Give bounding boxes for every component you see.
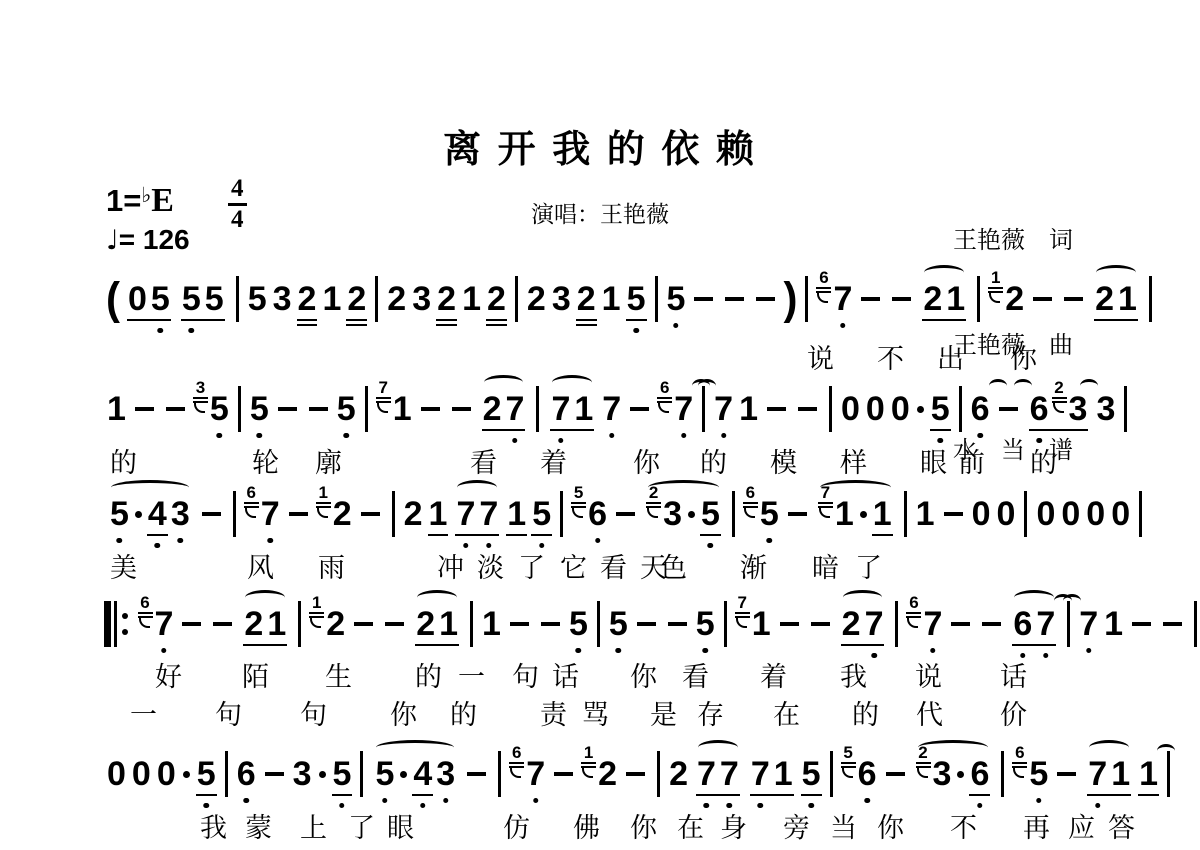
low-octave-dot — [558, 438, 564, 444]
beam-group: 05 — [126, 282, 172, 316]
duration-dash — [1057, 772, 1076, 776]
note: 5 — [802, 757, 821, 791]
beam-group: 77 — [695, 757, 741, 791]
note-digit: 7 — [865, 607, 884, 641]
low-octave-dot — [727, 803, 733, 809]
low-octave-dot — [1086, 648, 1092, 654]
grace-beam-line — [376, 397, 391, 399]
lyric-char: 话 — [1000, 664, 1027, 691]
low-octave-dot — [1036, 798, 1042, 804]
note: 1 — [1104, 607, 1123, 641]
barline — [233, 491, 236, 537]
beam-group: 235 — [645, 497, 722, 531]
note: 6 — [971, 392, 990, 426]
note-digit: 1 — [507, 497, 526, 531]
lyric-char: 答 — [1108, 815, 1135, 842]
grace-digit: 6 — [138, 594, 153, 611]
note: 35 — [210, 392, 229, 426]
eighth-beam — [576, 319, 597, 322]
lyric-char: 责 — [540, 702, 567, 729]
eighth-beam — [196, 794, 217, 797]
lyric-char: 眼 — [387, 815, 414, 842]
barline — [238, 386, 241, 432]
note: 2 — [416, 607, 435, 641]
note-digit: 5 — [337, 392, 356, 426]
note-digit: 4 — [413, 757, 432, 791]
note-digit: 5 — [760, 497, 779, 531]
low-octave-dot — [871, 653, 877, 659]
slur-arc — [918, 740, 989, 755]
note: 3 — [436, 757, 455, 791]
note-digit: 7 — [923, 607, 942, 641]
grace-hook — [310, 616, 321, 628]
beam-line — [243, 644, 287, 647]
repeat-dot — [122, 613, 128, 619]
note-digit: 2 — [326, 607, 345, 641]
lyric-char: 话 — [552, 664, 579, 691]
note: 1 — [462, 282, 481, 316]
lyric-char: 暗 — [812, 555, 839, 582]
note: 3 — [171, 497, 190, 531]
eighth-beam — [506, 534, 527, 537]
grace-beam-line — [657, 397, 672, 399]
note-digit: 1 — [462, 282, 481, 316]
beam-group: 77 — [454, 497, 500, 531]
key-signature: 1=♭E — [106, 182, 174, 220]
duration-dash — [467, 772, 486, 776]
note: 12 — [333, 497, 352, 531]
eighth-beam — [872, 534, 893, 537]
note: 6 — [1013, 607, 1032, 641]
grace-digit: 6 — [1012, 744, 1027, 761]
note: 1 — [602, 282, 621, 316]
duration-dash — [452, 407, 471, 411]
note: 1 — [574, 392, 593, 426]
note: 5 — [110, 497, 129, 531]
note: 2 — [527, 282, 546, 316]
beam-group: 543 — [108, 497, 192, 531]
grace-hook — [572, 506, 583, 518]
note: 0 — [1111, 497, 1130, 531]
lyric-char: 轮 — [252, 450, 279, 477]
grace-digit: 6 — [509, 744, 524, 761]
duration-dash — [213, 622, 232, 626]
note: 3 — [273, 282, 292, 316]
eighth-beam — [486, 319, 507, 322]
low-octave-dot — [463, 543, 469, 549]
note-digit: 5 — [205, 282, 224, 316]
eighth-beam — [700, 534, 721, 537]
note: 65 — [760, 497, 779, 531]
beam-group: 27 — [481, 392, 527, 426]
note: 7 — [1079, 607, 1098, 641]
low-octave-dot — [243, 798, 249, 804]
barline — [1149, 276, 1152, 322]
grace-note: 5 — [841, 744, 856, 761]
note-digit: 1 — [393, 392, 412, 426]
low-octave-dot — [937, 438, 943, 444]
low-octave-dot — [189, 328, 195, 334]
low-octave-dot — [673, 323, 679, 329]
lyric-char: 你 — [877, 815, 904, 842]
lyric-char: 你 — [633, 450, 660, 477]
low-octave-dot — [257, 433, 263, 439]
note: 7 — [506, 392, 525, 426]
duration-dash — [668, 622, 687, 626]
note-digit: 1 — [482, 607, 501, 641]
lyric-char: 一 — [458, 664, 485, 691]
note: 2 — [387, 282, 406, 316]
duration-dash — [780, 622, 799, 626]
grace-beam-line — [818, 502, 833, 504]
note-digit: 7 — [1088, 757, 1107, 791]
duration-dash — [767, 407, 786, 411]
duration-dash — [1064, 297, 1083, 301]
beam-line — [922, 319, 966, 322]
note: 3 — [552, 282, 571, 316]
note-digit: 1 — [946, 282, 965, 316]
note-digit: 2 — [923, 282, 942, 316]
note: 7 — [865, 607, 884, 641]
barline — [298, 601, 301, 647]
lyric-char: 句 — [300, 702, 327, 729]
beam-line — [750, 794, 794, 797]
note-digit: 5 — [333, 757, 352, 791]
note-digit: 2 — [416, 607, 435, 641]
note-digit: 7 — [526, 757, 545, 791]
key-letter: E — [151, 182, 174, 219]
beam-group: 711 — [817, 497, 894, 531]
note: 0 — [157, 757, 176, 791]
low-octave-dot — [420, 803, 426, 809]
open-paren: ( — [106, 277, 120, 321]
grace-beam-line — [316, 502, 331, 504]
grace-digit: 7 — [735, 594, 750, 611]
tempo-marking: ♩= 126 — [106, 224, 190, 256]
augmentation-dot — [135, 511, 142, 518]
lyric-char: 风 — [247, 555, 274, 582]
note: 12 — [326, 607, 345, 641]
grace-note: 1 — [316, 484, 331, 501]
note: 1 — [107, 392, 126, 426]
note-digit: 7 — [833, 282, 852, 316]
note-digit: 6 — [971, 392, 990, 426]
note: 5 — [375, 757, 394, 791]
lyric-char: 着 — [540, 450, 567, 477]
note-digit: 0 — [972, 497, 991, 531]
lyric-char: 出 — [937, 346, 964, 373]
lyric-char: 的 — [110, 450, 137, 477]
grace-beam-line — [244, 502, 259, 504]
lyric-char: 样 — [840, 450, 867, 477]
tempo-value: = 126 — [119, 224, 190, 255]
note: 12 — [1005, 282, 1024, 316]
note: 1 — [429, 497, 448, 531]
note-digit: 5 — [569, 607, 588, 641]
note: 7 — [479, 497, 498, 531]
lyric-char: 上 — [300, 815, 327, 842]
barline — [1024, 491, 1027, 537]
low-octave-dot — [178, 538, 184, 544]
time-signature: 4 4 — [228, 176, 247, 234]
lyric-char: 佛 — [573, 815, 600, 842]
note-digit: 5 — [250, 392, 269, 426]
beam-group: 236 — [915, 757, 992, 791]
grace-note: 6 — [244, 484, 259, 501]
beam-line — [1094, 319, 1138, 322]
sixteenth-beam — [486, 324, 507, 327]
lyric-char: 前 — [958, 450, 985, 477]
duration-dash — [999, 407, 1018, 411]
note: 7 — [714, 392, 733, 426]
slur-arc — [552, 375, 592, 390]
note: 4 — [148, 497, 167, 531]
lyric-char: 仿 — [503, 815, 530, 842]
note: 5 — [333, 757, 352, 791]
note-digit: 0 — [1086, 497, 1105, 531]
note-digit: 7 — [506, 392, 525, 426]
note-digit: 3 — [1069, 392, 1088, 426]
note-digit: 3 — [933, 757, 952, 791]
sixteenth-beam — [576, 324, 597, 327]
lyric-char: 了 — [855, 555, 882, 582]
duration-dash — [309, 407, 328, 411]
note-digit: 6 — [237, 757, 256, 791]
eighth-beam — [332, 794, 353, 797]
grace-digit: 5 — [841, 744, 856, 761]
slur-arc — [245, 590, 285, 605]
note-digit: 1 — [322, 282, 341, 316]
duration-dash — [626, 772, 645, 776]
repeat-dot — [122, 629, 128, 635]
grace-note: 6 — [906, 594, 921, 611]
note: 5 — [627, 282, 646, 316]
duration-dash — [510, 622, 529, 626]
note-digit: 2 — [487, 282, 506, 316]
grace-note: 6 — [138, 594, 153, 611]
note-digit: 0 — [132, 757, 151, 791]
note: 67 — [833, 282, 852, 316]
augmentation-dot — [688, 511, 695, 518]
note-digit: 2 — [1095, 282, 1114, 316]
low-octave-dot — [217, 433, 223, 439]
duration-dash — [361, 512, 380, 516]
lyric-char: 句 — [512, 664, 539, 691]
duration-dash — [202, 512, 221, 516]
duration-dash — [421, 407, 440, 411]
low-octave-dot — [155, 543, 161, 549]
low-octave-dot — [443, 798, 449, 804]
beam-line — [482, 429, 526, 432]
note: 1 — [507, 497, 526, 531]
grace-digit: 6 — [244, 484, 259, 501]
grace-hook — [736, 616, 747, 628]
lyric-char: 不 — [950, 815, 977, 842]
barline — [515, 276, 518, 322]
grace-digit: 7 — [376, 379, 391, 396]
low-octave-dot — [117, 538, 123, 544]
note: 7 — [720, 757, 739, 791]
beam-group: 21 — [242, 607, 288, 641]
low-octave-dot — [533, 798, 539, 804]
duration-dash — [637, 622, 656, 626]
low-octave-dot — [576, 648, 582, 654]
note: 1 — [774, 757, 793, 791]
lyric-char: 说 — [915, 664, 942, 691]
note: 3 — [293, 757, 312, 791]
lyric-char: 陌 — [242, 664, 269, 691]
note: 1 — [439, 607, 458, 641]
low-octave-dot — [158, 328, 164, 334]
note: 1 — [1139, 757, 1158, 791]
beam-group: 55 — [180, 282, 226, 316]
repeat-thick-bar — [104, 601, 111, 647]
grace-digit: 1 — [309, 594, 324, 611]
note: 7 — [602, 392, 621, 426]
note-digit: 0 — [841, 392, 860, 426]
grace-digit: 1 — [988, 269, 1003, 286]
lyric-char: 你 — [630, 815, 657, 842]
grace-hook — [317, 506, 328, 518]
grace-note: 6 — [1012, 744, 1027, 761]
barline — [560, 491, 563, 537]
grace-beam-line — [735, 612, 750, 614]
note: 5 — [182, 282, 201, 316]
low-octave-dot — [486, 543, 492, 549]
low-octave-dot — [1036, 438, 1042, 444]
low-octave-dot — [808, 803, 814, 809]
note: 1 — [946, 282, 965, 316]
note-digit: 5 — [248, 282, 267, 316]
note: 5 — [701, 497, 720, 531]
lyric-char: 好 — [155, 664, 182, 691]
grace-beam-line — [743, 502, 758, 504]
duration-dash — [265, 772, 284, 776]
low-octave-dot — [1043, 653, 1049, 659]
note-digit: 5 — [627, 282, 646, 316]
lyric-char: 它 — [560, 555, 587, 582]
notation-line: 543671221771556235657111000000 — [104, 486, 1148, 542]
lyric-char: 在 — [677, 815, 704, 842]
note: 5 — [250, 392, 269, 426]
barline — [657, 751, 660, 797]
note-digit: 2 — [437, 282, 456, 316]
note-digit: 7 — [751, 757, 770, 791]
low-octave-dot — [203, 803, 209, 809]
duration-dash — [725, 297, 744, 301]
note-digit: 1 — [574, 392, 593, 426]
duration-dash — [788, 512, 807, 516]
low-octave-dot — [758, 803, 764, 809]
note: 4 — [413, 757, 432, 791]
duration-dash — [1033, 297, 1052, 301]
lyric-char: 色 — [660, 555, 687, 582]
lyric-char: 了 — [348, 815, 375, 842]
notation-line: (05555321223212232155)67211221 — [104, 271, 1158, 327]
augmentation-dot — [319, 771, 326, 778]
duration-dash — [166, 407, 185, 411]
grace-hook — [245, 506, 256, 518]
eighth-beam — [930, 429, 951, 432]
lyric-char: 当 — [830, 815, 857, 842]
note-digit: 0 — [128, 282, 147, 316]
note: 1 — [482, 607, 501, 641]
note-digit: 1 — [602, 282, 621, 316]
low-octave-dot — [930, 648, 936, 654]
lyric-char: 你 — [630, 664, 657, 691]
barline — [392, 491, 395, 537]
grace-note: 6 — [509, 744, 524, 761]
eighth-beam — [147, 534, 168, 537]
lyric-char: 价 — [1000, 702, 1027, 729]
grace-note: 3 — [193, 379, 208, 396]
note-digit: 1 — [107, 392, 126, 426]
low-octave-dot — [840, 323, 846, 329]
time-signature-top: 4 — [228, 176, 247, 206]
notation-line: 1355571277176771000566233 — [104, 381, 1133, 437]
barline — [724, 601, 727, 647]
barline — [360, 751, 363, 797]
grace-hook — [1053, 401, 1064, 413]
note: 7 — [551, 392, 570, 426]
note-digit: 1 — [1111, 757, 1130, 791]
beam-group: 71 — [549, 392, 595, 426]
note: 0 — [107, 757, 126, 791]
duration-dash — [616, 512, 635, 516]
note-digit: 7 — [1036, 607, 1055, 641]
low-octave-dot — [1020, 653, 1026, 659]
note: 2 — [347, 282, 366, 316]
note: 2 — [298, 282, 317, 316]
sixteenth-beam — [297, 324, 318, 327]
note: 5 — [337, 392, 356, 426]
note-digit: 7 — [674, 392, 693, 426]
grace-hook — [510, 766, 521, 778]
eighth-beam — [428, 534, 449, 537]
grace-hook — [907, 616, 918, 628]
grace-note: 1 — [309, 594, 324, 611]
eighth-beam — [346, 319, 367, 322]
lyric-char: 蒙 — [245, 815, 272, 842]
grace-note: 1 — [581, 744, 596, 761]
beam-line — [550, 429, 594, 432]
grace-hook — [842, 766, 853, 778]
note: 7 — [456, 497, 475, 531]
note: 0 — [997, 497, 1016, 531]
grace-digit: 2 — [1052, 379, 1067, 396]
low-octave-dot — [977, 803, 983, 809]
low-octave-dot — [609, 433, 615, 439]
low-octave-dot — [343, 433, 349, 439]
note-digit: 3 — [273, 282, 292, 316]
note: 7 — [697, 757, 716, 791]
repeat-thin-bar — [114, 601, 117, 647]
note-digit: 3 — [171, 497, 190, 531]
note-digit: 5 — [210, 392, 229, 426]
sheet-music-page: 离 开 我 的 依 赖 演唱：王艳薇 1=♭E 4 4 ♩= 126 王艳薇 词… — [0, 0, 1200, 850]
note-digit: 5 — [182, 282, 201, 316]
beam-group: 21 — [414, 607, 460, 641]
note: 0 — [841, 392, 860, 426]
grace-beam-line — [509, 762, 524, 764]
notation-line: 000563554367122777155623665711 — [104, 746, 1176, 802]
note-digit: 2 — [387, 282, 406, 316]
grace-hook — [647, 506, 658, 518]
note-digit: 0 — [157, 757, 176, 791]
lyric-char: 美 — [110, 555, 137, 582]
beam-group: 21 — [921, 282, 967, 316]
low-octave-dot — [267, 538, 273, 544]
